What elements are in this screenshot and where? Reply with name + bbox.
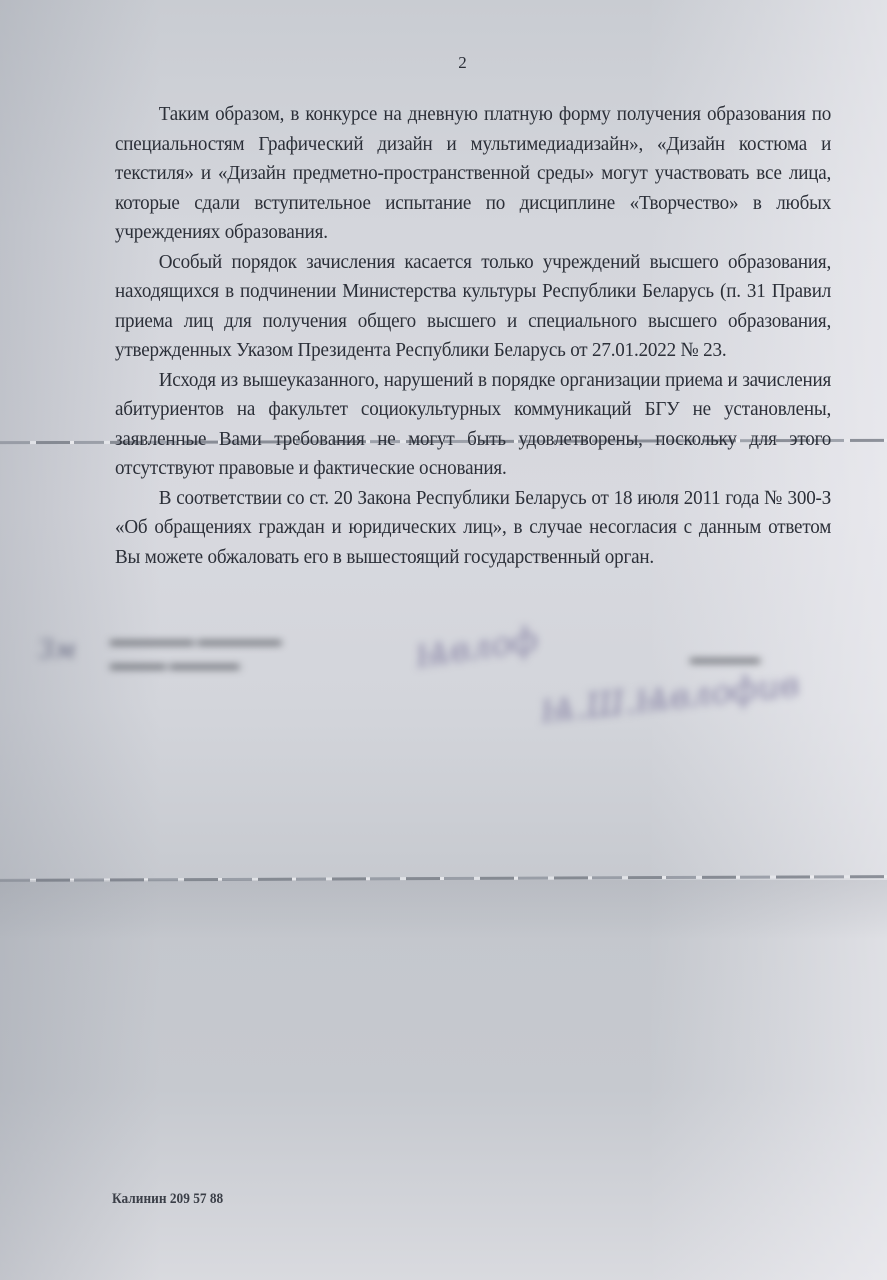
signatory-name: ▬▬▬▬▬ xyxy=(690,652,760,668)
paper-fold-line xyxy=(0,875,887,882)
signature-initials: Зм xyxy=(38,635,76,665)
page-number: 2 xyxy=(0,53,887,73)
handwritten-signature: Ѩвлоф xyxy=(413,620,541,677)
redacted-signature-block: Зм ▬▬▬▬▬▬ ▬▬▬▬▬▬ ▬▬▬▬ ▬▬▬▬▬ Ѩвлоф ▬▬▬▬▬ … xyxy=(30,610,850,740)
paragraph-competition: Таким образом, в конкурсе на дневную пла… xyxy=(115,100,831,248)
executor-contact: Калинин 209 57 88 xyxy=(112,1191,223,1208)
letter-body: Таким образом, в конкурсе на дневную пла… xyxy=(115,100,831,572)
signatory-position: ▬▬▬▬▬▬ ▬▬▬▬▬▬ ▬▬▬▬ ▬▬▬▬▬ xyxy=(110,630,282,678)
fold-shadow xyxy=(0,880,887,940)
paragraph-special-procedure: Особый порядок зачисления касается тольк… xyxy=(115,248,831,366)
paragraph-conclusion: Исходя из вышеуказанного, нарушений в по… xyxy=(115,366,831,484)
paragraph-appeal-rights: В соответствии со ст. 20 Закона Республи… xyxy=(115,484,831,573)
handwritten-signature-2: Ѩ.Ш.Ѩвлофив xyxy=(539,665,802,732)
